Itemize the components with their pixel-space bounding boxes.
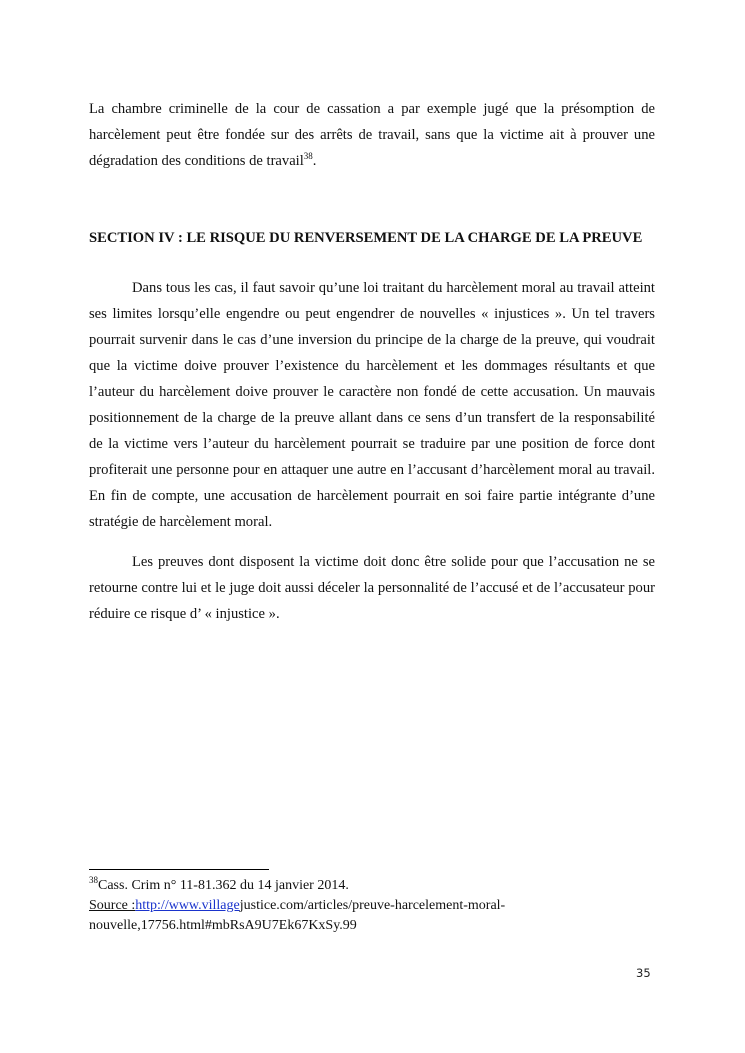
footnote-number: 38	[89, 875, 98, 885]
page-number: 35	[636, 966, 651, 980]
document-page: La chambre criminelle de la cour de cass…	[0, 0, 745, 1053]
footnote-source: Source :http://www.villagejustice.com/ar…	[89, 896, 649, 936]
source-label: Source :	[89, 898, 135, 913]
section-heading: SECTION IV : LE RISQUE DU RENVERSEMENT D…	[89, 230, 655, 246]
footnote-reference[interactable]: 38	[304, 151, 313, 161]
footnote-citation: 38Cass. Crim n° 11-81.362 du 14 janvier …	[89, 876, 649, 896]
footnote-citation-text: Cass. Crim n° 11-81.362 du 14 janvier 20…	[98, 878, 349, 893]
footnote-separator	[89, 869, 269, 870]
intro-end: .	[313, 153, 317, 169]
body-paragraph-1: Dans tous les cas, il faut savoir qu’une…	[89, 275, 655, 535]
body-paragraph-2: Les preuves dont disposent la victime do…	[89, 549, 655, 627]
footnote: 38Cass. Crim n° 11-81.362 du 14 janvier …	[89, 876, 649, 936]
intro-text: La chambre criminelle de la cour de cass…	[89, 101, 655, 169]
source-link[interactable]: http://www.village	[135, 898, 239, 913]
intro-paragraph: La chambre criminelle de la cour de cass…	[89, 96, 655, 174]
